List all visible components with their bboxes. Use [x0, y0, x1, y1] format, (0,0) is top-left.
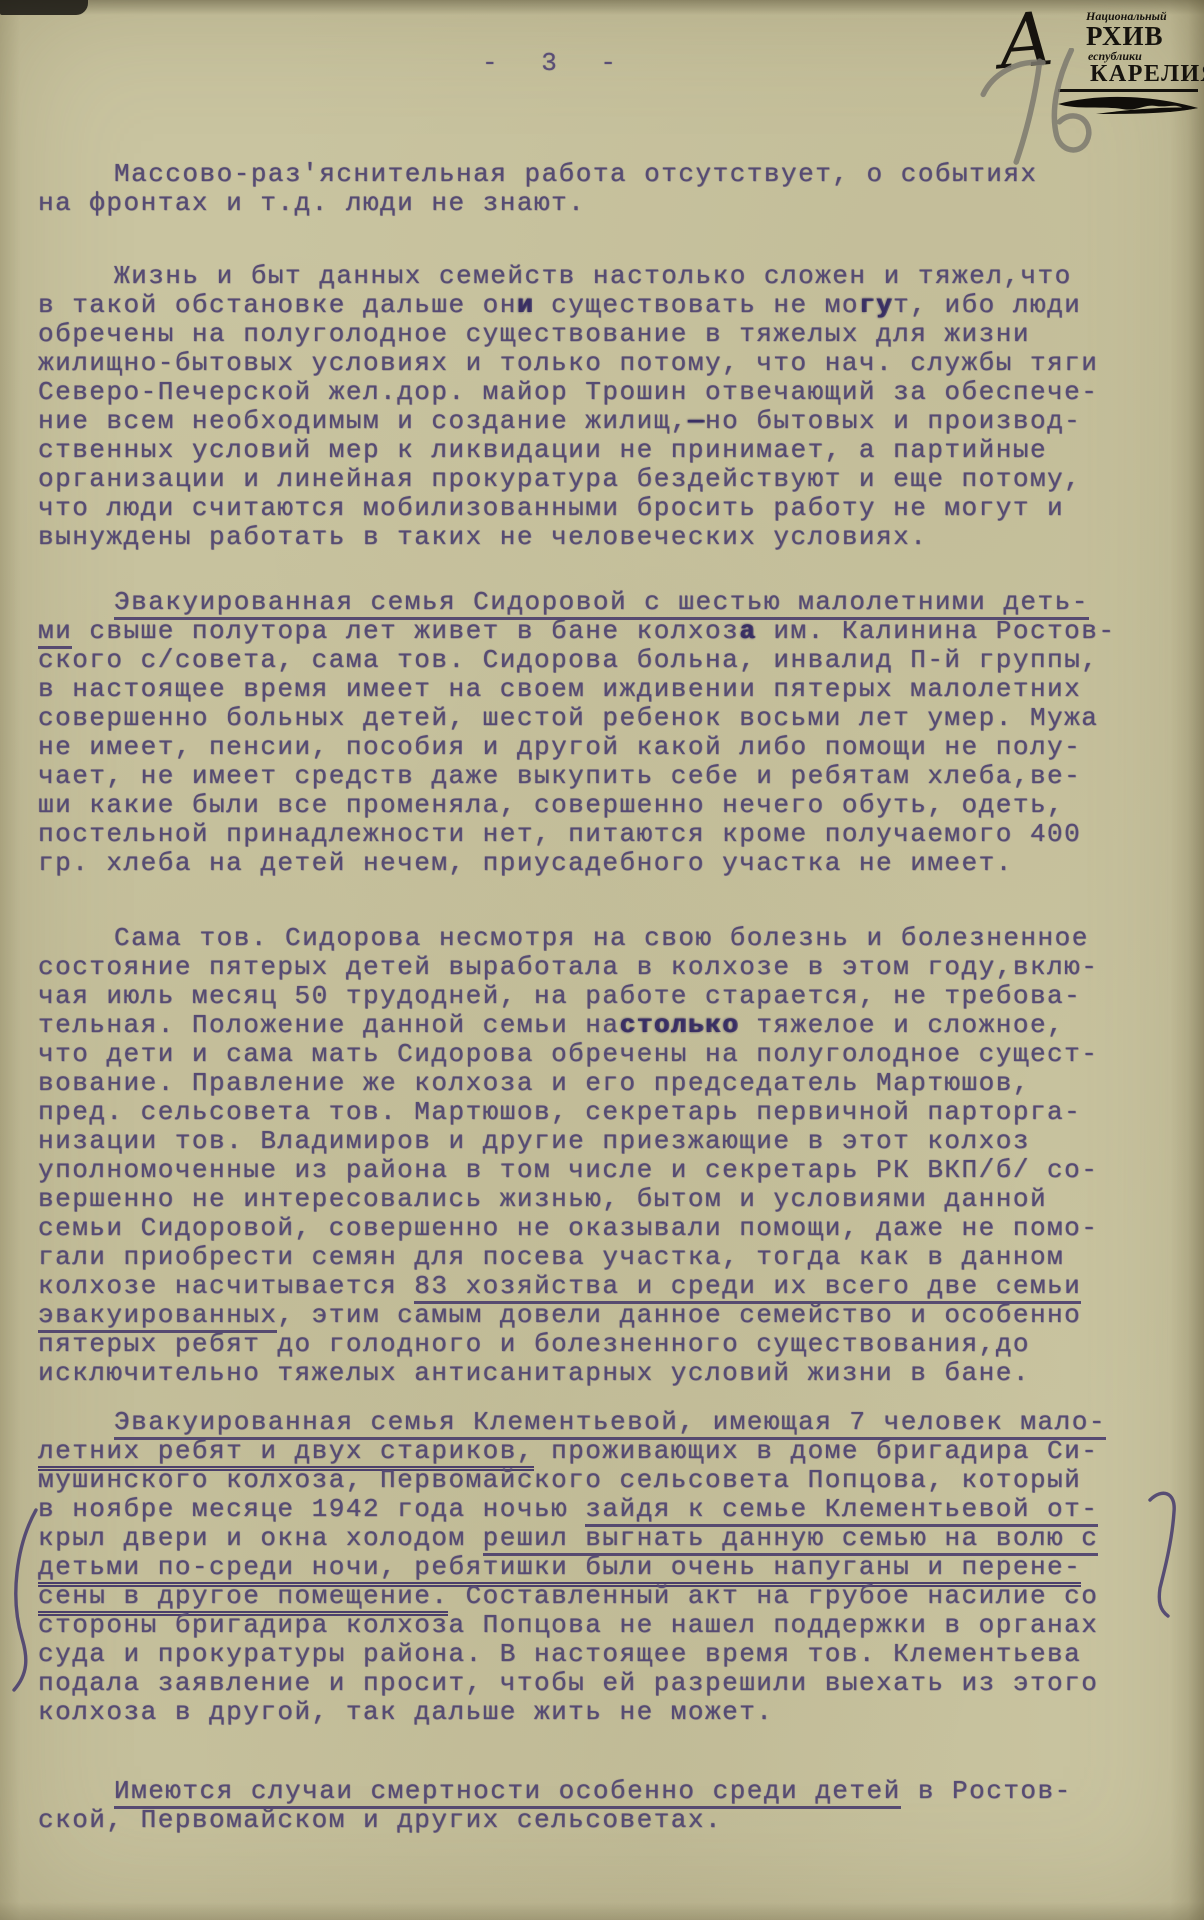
typewritten-text: гали приобрести семян для посева участка…: [38, 1242, 1064, 1272]
document-line: пятерых ребят до голодного и болезненног…: [38, 1330, 1184, 1359]
document-line: чает, не имеет средств даже выкупить себ…: [38, 762, 1184, 791]
document-line: постельной принадлежности нет, питаются …: [38, 820, 1184, 849]
typewritten-text: тельная. Положение данной семьи на: [38, 1010, 620, 1040]
typewritten-text: проживающих в доме бригадира Си-: [534, 1436, 1098, 1466]
document-line: в ноябре месяце 1942 года ночью зайдя к …: [38, 1495, 1184, 1524]
typewritten-text: ского с/совета, сама тов. Сидорова больн…: [38, 645, 1098, 675]
typewritten-text: жилищно-бытовых условиях и только потому…: [38, 348, 1098, 378]
document-line: вынуждены работать в таких не человеческ…: [38, 523, 1184, 552]
typewritten-text: крыл двери и окна холодом: [38, 1523, 483, 1553]
stamp-line-arhiv: РХИВ: [1086, 23, 1164, 50]
typewritten-text: Составленный акт на грубое насилие со: [448, 1581, 1098, 1611]
document-line: в настоящее время имеет на своем иждивен…: [38, 675, 1184, 704]
document-line: не имеет, пенсии, пособия и другой какой…: [38, 733, 1184, 762]
document-line: низации тов. Владимиров и другие приезжа…: [38, 1127, 1184, 1156]
paragraph: Эвакуированная семья Клементьевой, имеющ…: [38, 1408, 1184, 1727]
corner-shadow: [0, 0, 88, 15]
typewritten-text: пятерых ребят до голодного и болезненног…: [38, 1329, 1030, 1359]
document-line: что дети и сама мать Сидорова обречены н…: [38, 1040, 1184, 1069]
typewritten-text: что дети и сама мать Сидорова обречены н…: [38, 1039, 1098, 1069]
typewritten-text: Северо-Печерской жел.дор. майор Трошин о…: [38, 377, 1098, 407]
typewritten-text: ши какие были все променяла, совершенно …: [38, 790, 1064, 820]
typewritten-text: стороны бригадира колхоза Попцова не наш…: [38, 1610, 1098, 1640]
typewritten-text: вование. Правление же колхоза и его пред…: [38, 1068, 1030, 1098]
typewritten-text: в такой обстановке дальше он: [38, 290, 517, 320]
overtyped-text: а: [739, 616, 756, 646]
typewritten-text: семьи Сидоровой, совершенно не оказывали…: [38, 1213, 1098, 1243]
typewritten-text: вершенно не интересовались жизнью, бытом…: [38, 1184, 1047, 1214]
typewritten-text: гр. хлеба на детей нечем, приусадебного …: [38, 848, 1013, 878]
typewritten-text: свыше полутора лет живет в бане колхоз: [72, 616, 739, 646]
document-line: Северо-Печерской жел.дор. майор Трошин о…: [38, 378, 1184, 407]
document-line: сены в другое помещение. Составленный ак…: [38, 1582, 1184, 1611]
typewritten-text: в настоящее время имеет на своем иждивен…: [38, 674, 1081, 704]
document-line: обречены на полуголодное существование в…: [38, 320, 1184, 349]
document-line: вование. Правление же колхоза и его пред…: [38, 1069, 1184, 1098]
typewritten-text: уполномоченные из района в том числе и с…: [38, 1155, 1098, 1185]
document-line: вершенно не интересовались жизнью, бытом…: [38, 1185, 1184, 1214]
paragraph: Имеются случаи смертности особенно среди…: [38, 1777, 1184, 1835]
typewritten-text: что люди считаются мобилизованными броси…: [38, 493, 1064, 523]
document-line: гр. хлеба на детей нечем, приусадебного …: [38, 849, 1184, 878]
document-line: стороны бригадира колхоза Попцова не наш…: [38, 1611, 1184, 1640]
document-line: чая июль месяц 50 трудодней, на работе с…: [38, 982, 1184, 1011]
document-line: состояние пятерых детей выработала в кол…: [38, 953, 1184, 982]
document-line: совершенно больных детей, шестой ребенок…: [38, 704, 1184, 733]
handwritten-page-number-76: [978, 48, 1098, 168]
typewritten-text: на фронтах и т.д. люди не знают.: [38, 188, 585, 218]
document-line: Эвакуированная семья Сидоровой с шестью …: [38, 588, 1184, 617]
typewritten-text: ской, Первомайском и других сельсоветах.: [38, 1805, 722, 1835]
document-line: мушинского колхоза, Первомайского сельсо…: [38, 1466, 1184, 1495]
typewritten-text: суда и прокуратуры района. В настоящее в…: [38, 1639, 1081, 1669]
document-line: крыл двери и окна холодом решил выгнать …: [38, 1524, 1184, 1553]
typewritten-text: не имеет, пенсии, пособия и другой какой…: [38, 732, 1081, 762]
document-line: организации и линейная прокуратура безде…: [38, 465, 1184, 494]
typewritten-text: колхозе насчитывается: [38, 1271, 414, 1301]
document-line: летних ребят и двух стариков, проживающи…: [38, 1437, 1184, 1466]
typewritten-text: мушинского колхоза, Первомайского сельсо…: [38, 1465, 1081, 1495]
document-line: на фронтах и т.д. люди не знают.: [38, 189, 1184, 218]
document-line: детьми по-среди ночи, ребятишки были оче…: [38, 1553, 1184, 1582]
typewritten-text: подала заявление и просит, чтобы ей разр…: [38, 1668, 1098, 1698]
typewritten-text: исключительно тяжелых антисанитарных усл…: [38, 1358, 1030, 1388]
overtyped-text: и: [517, 290, 534, 320]
page-number: - 3 -: [482, 48, 630, 78]
stamp-line-karelia: КАРЕЛИЯ: [1090, 62, 1204, 86]
typewritten-text: организации и линейная прокуратура безде…: [38, 464, 1081, 494]
document-line: суда и прокуратуры района. В настоящее в…: [38, 1640, 1184, 1669]
document-line: исключительно тяжелых антисанитарных усл…: [38, 1359, 1184, 1388]
margin-bracket-right: [1142, 1488, 1188, 1620]
document-line: ственных условий мер к ликвидации не при…: [38, 436, 1184, 465]
document-line: что люди считаются мобилизованными броси…: [38, 494, 1184, 523]
typewritten-text: но бытовых и производ-: [705, 406, 1081, 436]
document-line: гали приобрести семян для посева участка…: [38, 1243, 1184, 1272]
typewritten-text: , этим самым довели данное семейство и о…: [277, 1300, 1081, 1330]
typewritten-text: Сама тов. Сидорова несмотря на свою боле…: [114, 923, 1089, 953]
document-line: ши какие были все променяла, совершенно …: [38, 791, 1184, 820]
typewritten-text: Массово-раз'яснительная работа отсутству…: [114, 159, 1038, 189]
document-line: семьи Сидоровой, совершенно не оказывали…: [38, 1214, 1184, 1243]
typewritten-text: вынуждены работать в таких не человеческ…: [38, 522, 927, 552]
overtyped-text: —: [688, 406, 705, 436]
document-line: Эвакуированная семья Клементьевой, имеющ…: [38, 1408, 1184, 1437]
typewritten-text: в Ростов-: [901, 1776, 1072, 1806]
document-line: Массово-раз'яснительная работа отсутству…: [38, 160, 1184, 189]
typewritten-text: состояние пятерых детей выработала в кол…: [38, 952, 1098, 982]
paragraph: Жизнь и быт данных семейств настолько сл…: [38, 262, 1184, 552]
document-line: в такой обстановке дальше они существова…: [38, 291, 1184, 320]
paragraph: Эвакуированная семья Сидоровой с шестью …: [38, 588, 1184, 878]
document-line: ской, Первомайском и других сельсоветах.: [38, 1806, 1184, 1835]
typewritten-text: пред. сельсовета тов. Мартюшов, секретар…: [38, 1097, 1081, 1127]
typewritten-text: Жизнь и быт данных семейств настолько сл…: [114, 261, 1072, 291]
document-line: Сама тов. Сидорова несмотря на свою боле…: [38, 924, 1184, 953]
typewritten-text: совершенно больных детей, шестой ребенок…: [38, 703, 1098, 733]
margin-bracket-left: [4, 1506, 44, 1696]
document-line: уполномоченные из района в том числе и с…: [38, 1156, 1184, 1185]
document-line: жилищно-бытовых условиях и только потому…: [38, 349, 1184, 378]
typewritten-text: обречены на полуголодное существование в…: [38, 319, 1030, 349]
typewritten-text: низации тов. Владимиров и другие приезжа…: [38, 1126, 1030, 1156]
document-line: ние всем необходимым и создание жилищ,—н…: [38, 407, 1184, 436]
typewritten-text: ние всем необходимым и создание жилищ,: [38, 406, 688, 436]
typewritten-text: колхоза в другой, так дальше жить не мож…: [38, 1697, 773, 1727]
typewritten-text: ственных условий мер к ликвидации не при…: [38, 435, 1047, 465]
document-line: ского с/совета, сама тов. Сидорова больн…: [38, 646, 1184, 675]
document-line: Имеются случаи смертности особенно среди…: [38, 1777, 1184, 1806]
document-line: колхоза в другой, так дальше жить не мож…: [38, 1698, 1184, 1727]
document-line: тельная. Положение данной семьи настольк…: [38, 1011, 1184, 1040]
typewritten-text: чая июль месяц 50 трудодней, на работе с…: [38, 981, 1081, 1011]
document-line: подала заявление и просит, чтобы ей разр…: [38, 1669, 1184, 1698]
overtyped-text: столько: [620, 1010, 740, 1040]
paragraph: Массово-раз'яснительная работа отсутству…: [38, 160, 1184, 218]
typewritten-text: существовать не мо: [534, 290, 859, 320]
typewritten-text: т, ибо люди: [893, 290, 1081, 320]
typewritten-text: чает, не имеет средств даже выкупить себ…: [38, 761, 1081, 791]
document-line: колхозе насчитывается 83 хозяйства и сре…: [38, 1272, 1184, 1301]
document-line: Жизнь и быт данных семейств настолько сл…: [38, 262, 1184, 291]
overtyped-text: гу: [859, 290, 893, 320]
paragraph: Сама тов. Сидорова несмотря на свою боле…: [38, 924, 1184, 1388]
typewritten-text: постельной принадлежности нет, питаются …: [38, 819, 1081, 849]
typewritten-text: тяжелое и сложное,: [739, 1010, 1064, 1040]
typewritten-text: в ноябре месяце 1942 года ночью: [38, 1494, 585, 1524]
document-line: пред. сельсовета тов. Мартюшов, секретар…: [38, 1098, 1184, 1127]
document-body: Массово-раз'яснительная работа отсутству…: [38, 160, 1184, 1835]
document-line: эвакуированных, этим самым довели данное…: [38, 1301, 1184, 1330]
document-line: ми свыше полутора лет живет в бане колхо…: [38, 617, 1184, 646]
typewritten-text: им. Калинина Ростов-: [756, 616, 1115, 646]
